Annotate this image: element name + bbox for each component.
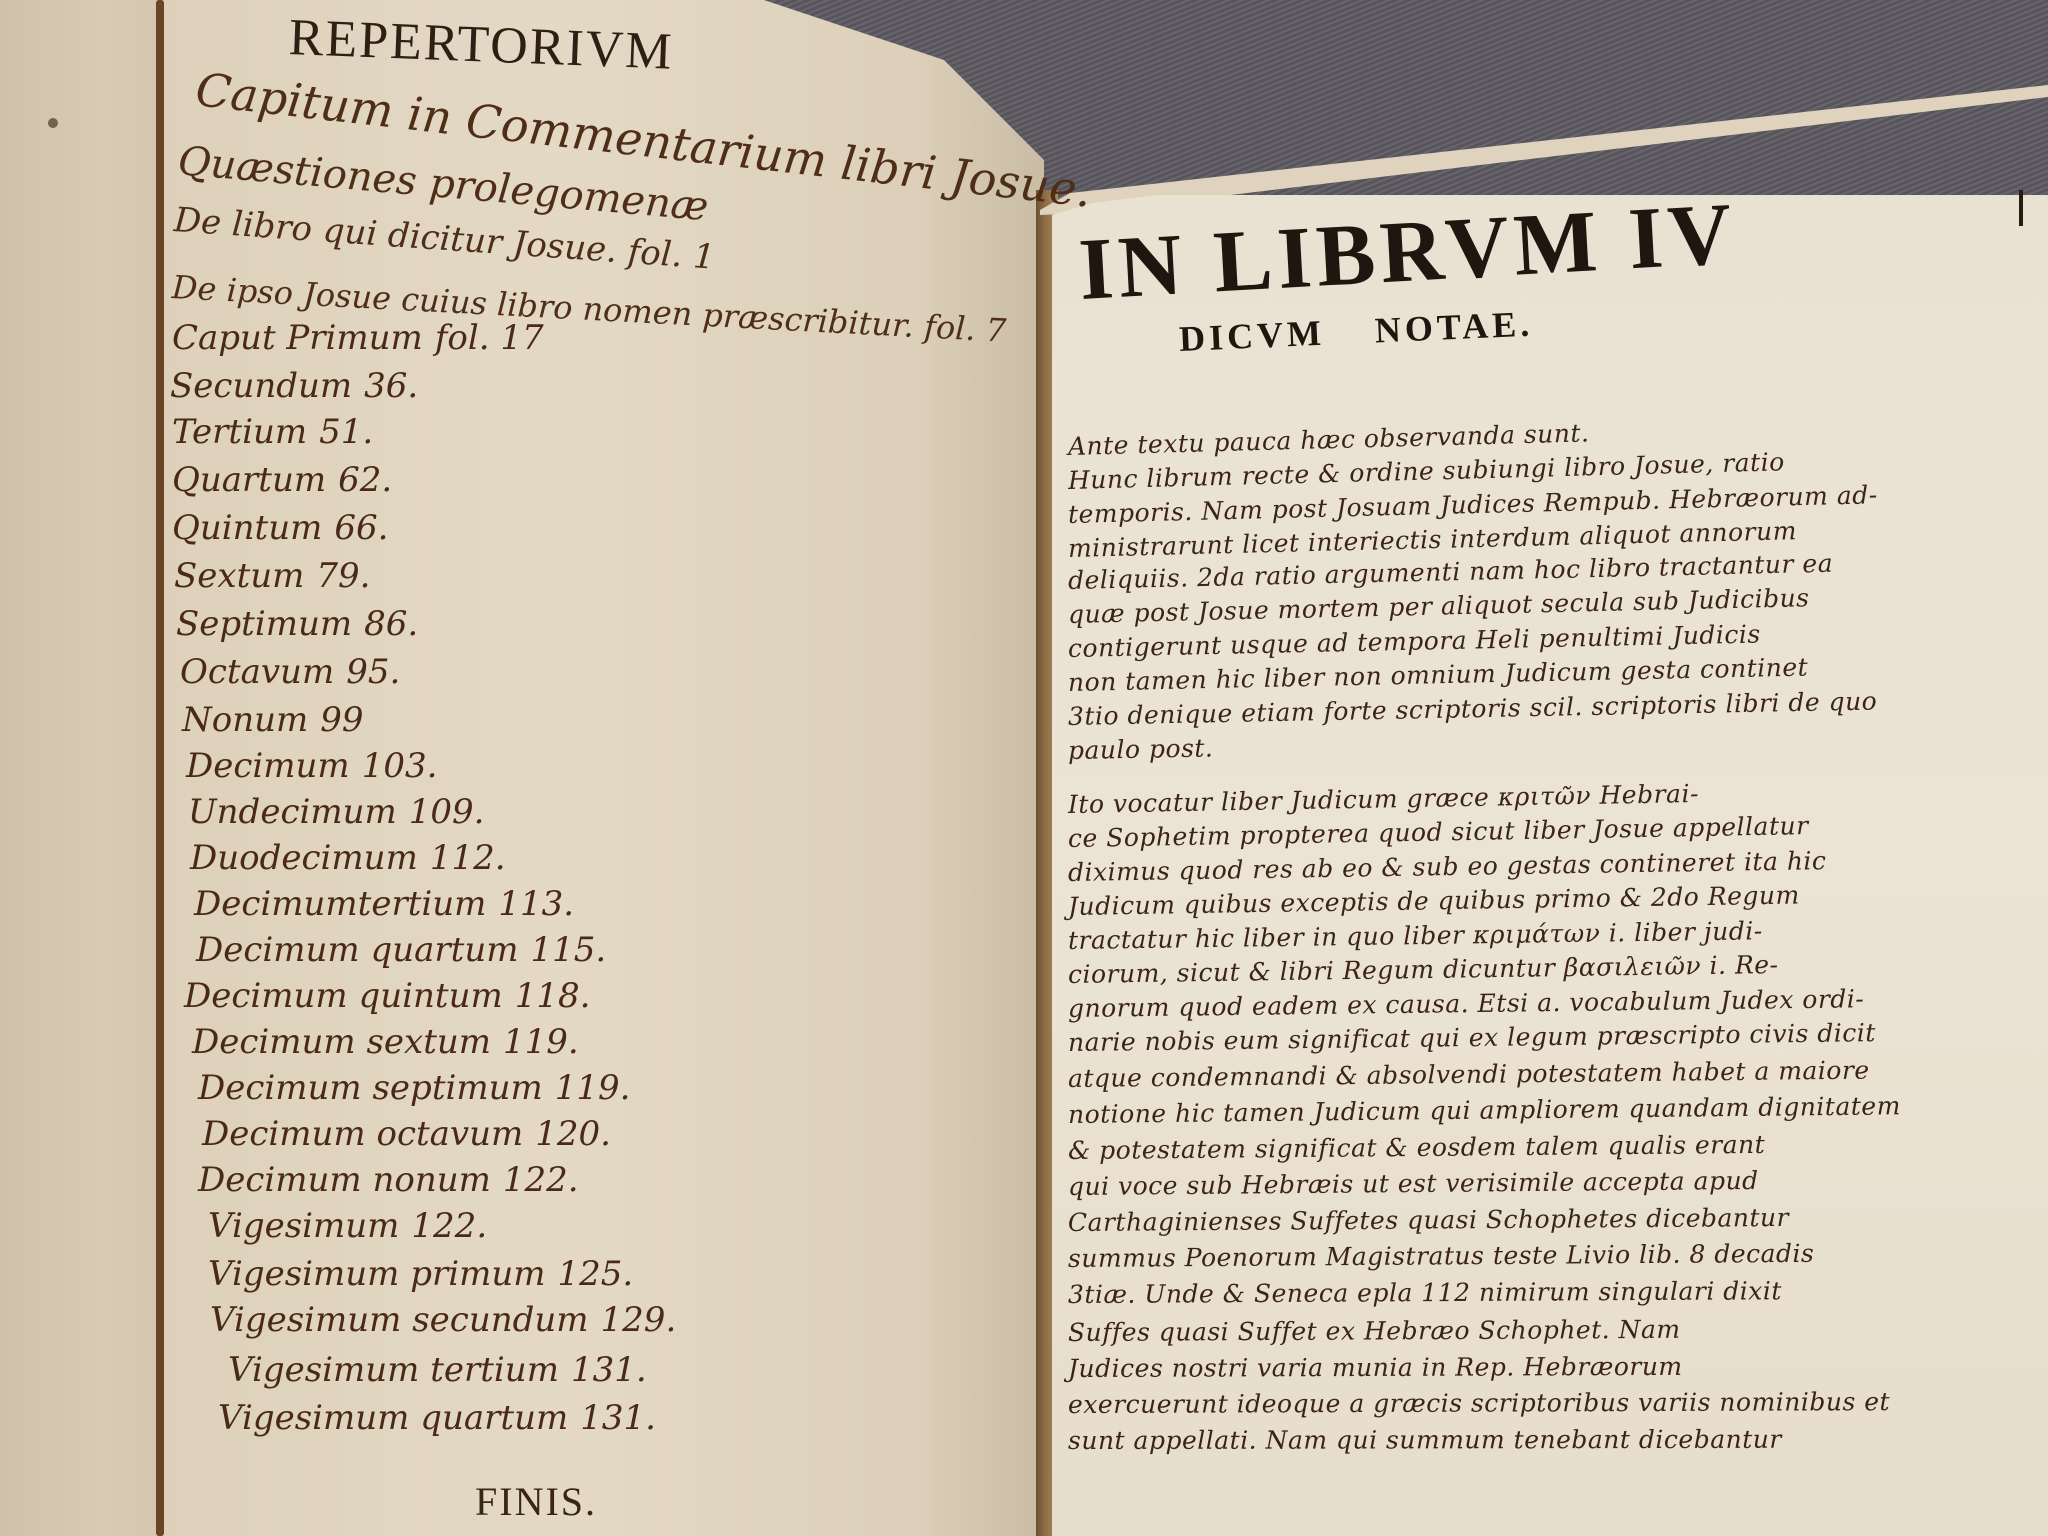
toc-entry-label: Decimum quartum — [196, 930, 518, 970]
toc-entry-folio: 95. — [346, 652, 400, 692]
toc-entry: Vigesimum tertium131. — [228, 1350, 647, 1390]
toc-entry-label: Decimum nonum — [198, 1160, 491, 1200]
toc-entry-folio: fol. 17 — [435, 318, 544, 358]
toc-entry: Decimum quartum115. — [196, 930, 606, 970]
toc-entry: Decimum sextum119. — [192, 1022, 579, 1062]
toc-entry: Undecimum109. — [188, 792, 484, 832]
toc-entry-folio: 118. — [515, 976, 591, 1016]
toc-entry-folio: 122. — [503, 1160, 579, 1200]
toc-entry-folio: 119. — [555, 1068, 631, 1108]
toc-entry-label: Decimum sextum — [192, 1022, 491, 1062]
toc-entry-folio: 51. — [319, 412, 373, 452]
toc-entry-label: Vigesimum tertium — [228, 1350, 559, 1390]
toc-entry-folio: 79. — [316, 556, 370, 596]
toc-entry-label: Decimum — [186, 746, 350, 786]
toc-entry-folio: 62. — [338, 460, 392, 500]
toc-entry-label: Undecimum — [188, 792, 397, 832]
toc-entry: Quintum66. — [172, 508, 388, 548]
subtitle-word: NOTAE. — [1374, 304, 1534, 351]
toc-entry-folio: 119. — [503, 1022, 579, 1062]
toc-entry-label: Tertium — [172, 412, 307, 452]
toc-entry: Sextum79. — [174, 556, 370, 596]
toc-entry-label: Octavum — [180, 652, 334, 692]
toc-entry-label: Septimum — [176, 604, 352, 644]
toc-entry: Vigesimum primum125. — [208, 1254, 633, 1294]
body-line: Suffes quasi Suffet ex Hebræo Schophet. … — [1068, 1315, 1681, 1347]
outer-page-edge — [0, 0, 175, 1536]
toc-entry-folio: 86. — [364, 604, 418, 644]
toc-entry-label: Vigesimum primum — [208, 1254, 546, 1294]
toc-entry: Vigesimum secundum129. — [210, 1300, 676, 1340]
toc-entry-label: Nonum — [182, 700, 308, 740]
margin-rule-line — [156, 0, 164, 1536]
toc-entry-label: Decimum octavum — [202, 1114, 523, 1154]
body-line: Judices nostri varia munia in Rep. Hebræ… — [1068, 1352, 1683, 1383]
folio-number: 1 — [2019, 190, 2023, 226]
toc-entry-label: Secundum — [170, 366, 352, 406]
ink-spot — [48, 118, 58, 128]
toc-entry-folio: 125. — [558, 1254, 634, 1294]
toc-entry: Octavum95. — [180, 652, 400, 692]
toc-entry-folio: 36. — [364, 366, 418, 406]
body-line: exercuerunt ideoque a græcis scriptoribu… — [1068, 1387, 1890, 1419]
toc-entry-folio: 131. — [571, 1350, 647, 1390]
toc-entry: Decimum septimum119. — [198, 1068, 630, 1108]
toc-entry-label: Caput Primum — [172, 318, 423, 358]
toc-entry-label: Decimum quintum — [184, 976, 503, 1016]
body-line: & potestatem significat & eosdem talem q… — [1068, 1130, 1765, 1165]
toc-entry-label: Vigesimum — [208, 1206, 399, 1246]
toc-entry-folio: 99 — [320, 700, 363, 740]
toc-entry-folio: 113. — [498, 884, 574, 924]
toc-entry-folio: 109. — [409, 792, 485, 832]
toc-entry-label: Decimumtertium — [194, 884, 486, 924]
body-line: qui voce sub Hebræis ut est verisimile a… — [1068, 1166, 1759, 1201]
body-line: paulo post. — [1068, 733, 1214, 765]
toc-entry-label: Sextum — [174, 556, 304, 596]
toc-entry-folio: 122. — [411, 1206, 487, 1246]
toc-entry-folio: 131. — [580, 1398, 656, 1438]
toc-entry: Decimum octavum120. — [202, 1114, 611, 1154]
toc-entry-folio: 129. — [601, 1300, 677, 1340]
toc-entry: Caput Primumfol. 17 — [172, 318, 544, 358]
toc-entry: Septimum86. — [176, 604, 418, 644]
toc-entry-label: Decimum septimum — [198, 1068, 543, 1108]
toc-entry-label: Vigesimum quartum — [218, 1398, 568, 1438]
body-line: sunt appellati. Nam qui summum tenebant … — [1068, 1425, 1782, 1455]
toc-entry-label: Quintum — [172, 508, 322, 548]
body-line: Carthaginienses Suffetes quasi Schophete… — [1068, 1203, 1789, 1237]
toc-entry-label: Quartum — [172, 460, 326, 500]
toc-entry-folio: 120. — [535, 1114, 611, 1154]
toc-entry: Secundum36. — [170, 366, 418, 406]
toc-entry: Duodecimum112. — [190, 838, 506, 878]
body-line: 3tiæ. Unde & Seneca epla 112 nimirum sin… — [1068, 1276, 1782, 1309]
toc-entry-label: Vigesimum secundum — [210, 1300, 589, 1340]
toc-entry: Nonum99 — [182, 700, 364, 740]
toc-entry: Decimum103. — [186, 746, 437, 786]
subtitle-word: DICVM — [1178, 313, 1326, 359]
body-line: summus Poenorum Magistratus teste Livio … — [1068, 1239, 1815, 1273]
toc-entry: Decimum quintum118. — [184, 976, 590, 1016]
finis-label: FINIS. — [475, 1478, 597, 1525]
toc-entry-folio: 115. — [530, 930, 606, 970]
toc-entry: Vigesimum quartum131. — [218, 1398, 656, 1438]
toc-entry: Vigesimum122. — [208, 1206, 487, 1246]
toc-entry: Quartum62. — [172, 460, 392, 500]
toc-entry: Tertium51. — [172, 412, 373, 452]
toc-entry-folio: 103. — [362, 746, 438, 786]
toc-entry: Decimum nonum122. — [198, 1160, 579, 1200]
toc-entry-folio: 112. — [430, 838, 506, 878]
toc-entry: Decimumtertium113. — [194, 884, 574, 924]
toc-entry-folio: 66. — [334, 508, 388, 548]
toc-entry-label: Duodecimum — [190, 838, 418, 878]
